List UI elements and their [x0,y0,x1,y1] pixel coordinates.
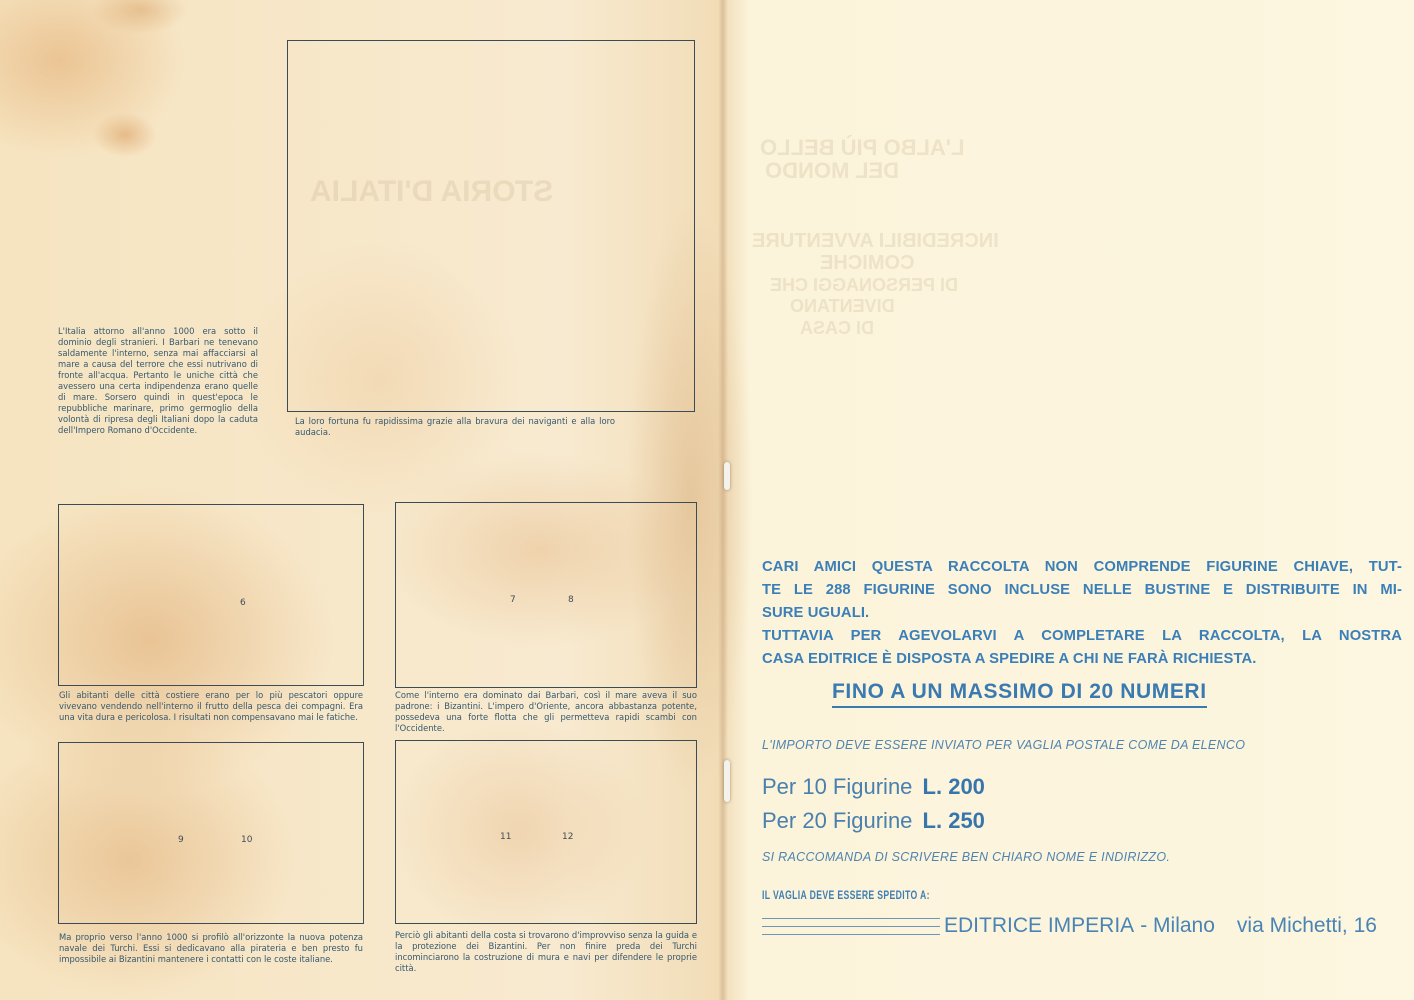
notice-line: CASA EDITRICE È DISPOSTA A SPEDIRE A CHI… [762,648,1402,671]
staple [724,760,730,802]
sticker-number: 12 [562,832,573,842]
notice-line: TUTTAVIA PER AGEVOLARVI A COMPLETARE LA … [762,625,1402,648]
sticker-slot-6[interactable] [58,504,364,686]
price-row: Per 20 Figurine L. 250 [762,808,985,834]
publisher-name: EDITRICE IMPERIA [944,914,1134,937]
bleed-through-line: INCREDIBILI AVVENTURE [752,230,999,253]
sticker-number: 8 [568,595,574,605]
caption-slot-9-10: Ma proprio verso l'anno 1000 si profilò … [59,932,363,965]
intro-text: L'Italia attorno all'anno 1000 era sotto… [58,326,258,436]
sticker-number: 6 [240,598,246,608]
staple [724,462,730,490]
caption-slot-11-12: Perciò gli abitanti della costa si trova… [395,930,697,974]
payment-note: L'IMPORTO DEVE ESSERE INVIATO PER VAGLIA… [762,738,1245,752]
caption-slot-7-8: Come l'interno era dominato dai Barbari,… [395,690,697,734]
price-value: L. 200 [923,774,985,799]
sticker-number: 9 [178,835,184,845]
publisher-street: via Michetti, 16 [1237,914,1377,937]
bleed-through-line: COMICHE [820,252,914,275]
bleed-through-line: DI CASA [800,318,874,339]
price-row: Per 10 Figurine L. 200 [762,774,985,800]
sticker-number: 7 [510,595,516,605]
price-label: Per 10 Figurine [762,774,912,799]
max-numbers-headline: FINO A UN MASSIMO DI 20 NUMERI [832,680,1207,708]
publisher-city: - Milano [1140,914,1215,937]
send-to-label: IL VAGLIA DEVE ESSERE SPEDITO A: [762,888,930,902]
sticker-slot-7-8[interactable] [395,502,697,688]
sticker-number: 10 [241,835,252,845]
notice-line: SURE UGUALI. [762,602,1402,625]
collection-notice: CARI AMICI QUESTA RACCOLTA NON COMPRENDE… [762,556,1402,671]
notice-line: TE LE 288 FIGURINE SONO INCLUSE NELLE BU… [762,579,1402,602]
caption-slot-top: La loro fortuna fu rapidissima grazie al… [295,416,615,438]
spine-fold [718,0,728,1000]
publisher-address: EDITRICE IMPERIA- Milanovia Michetti, 16 [944,914,1377,938]
price-value: L. 250 [923,808,985,833]
sticker-slot-11-12[interactable] [395,740,697,924]
sticker-slot-9-10[interactable] [58,742,364,924]
price-label: Per 20 Figurine [762,808,912,833]
address-reminder: SI RACCOMANDA DI SCRIVERE BEN CHIARO NOM… [762,850,1170,864]
sticker-slot-top[interactable] [287,40,695,412]
bleed-through-line: DEL MONDO [765,158,899,184]
notice-line: CARI AMICI QUESTA RACCOLTA NON COMPRENDE… [762,556,1402,579]
caption-slot-6: Gli abitanti delle città costiere erano … [59,690,363,723]
bleed-through-line: DIVENTANO [790,296,895,317]
name-write-lines[interactable] [762,918,940,944]
bleed-through-line: DI PERSONAGGI CHE [770,275,958,296]
sticker-number: 11 [500,832,511,842]
album-spread: STORIA D'ITALIA L'ALBO PIÙ BELLO DEL MON… [0,0,1414,1000]
